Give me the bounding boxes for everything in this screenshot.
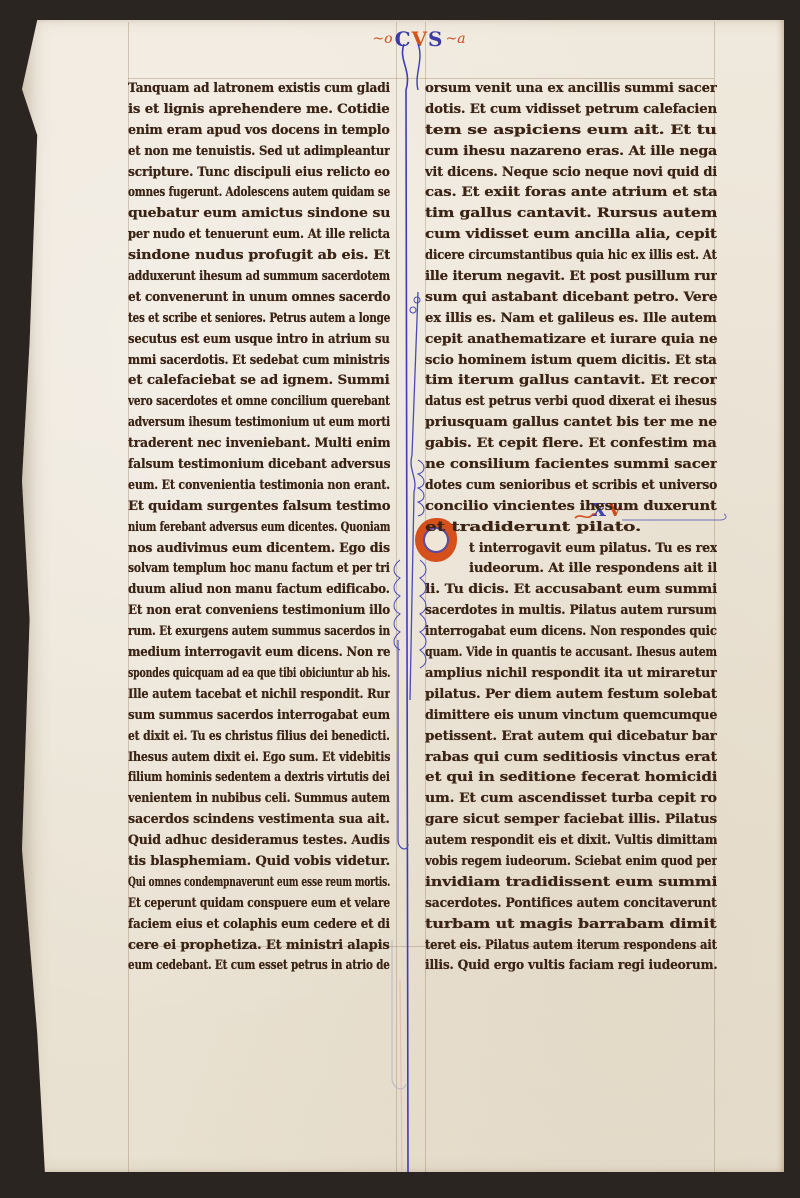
text-line: filium hominis sedentem a dextris virtut… [128, 767, 390, 788]
text-line: rabas qui cum seditiosis vinctus erat [425, 747, 717, 768]
text-line: solvam templum hoc manu factum et per tr… [128, 558, 390, 579]
text-column-right: orsum venit una ex ancillis summi sacer … [425, 78, 717, 976]
text-line: Quid adhuc desideramus testes. Audis [128, 830, 390, 851]
running-head-letter-v: V [412, 27, 429, 51]
text-line: spondes quicquam ad ea que tibi obiciunt… [128, 663, 390, 684]
text-line: cas. Et exiit foras ante atrium et sta [425, 182, 717, 203]
text-line: venientem in nubibus celi. Summus autem [128, 788, 390, 809]
text-line: cere ei prophetiza. Et ministri alapis [128, 935, 390, 956]
text-line: medium interrogavit eum dicens. Non re [128, 642, 390, 663]
text-line: Et ceperunt quidam conspuere eum et vela… [128, 893, 390, 914]
text-line: cum ihesu nazareno eras. At ille nega [425, 141, 717, 162]
text-line: li. Tu dicis. Et accusabant eum summi [425, 579, 717, 600]
running-head-letter-s: S [428, 27, 443, 51]
text-line: eum. Et convenientia testimonia non eran… [128, 475, 390, 496]
text-line: dimittere eis unum vinctum quemcumque [425, 705, 717, 726]
text-line: is et lignis aprehendere me. Cotidie [128, 99, 390, 120]
running-head: ~o CVS ~a [364, 24, 474, 54]
text-line: turbam ut magis barrabam dimit [425, 914, 717, 935]
text-line: et tradiderunt pilato. [425, 517, 717, 538]
text-line: interrogabat eum dicens. Non respondes q… [425, 621, 717, 642]
text-line: ille iterum negavit. Et post pusillum ru… [425, 266, 717, 287]
text-line: teret eis. Pilatus autem iterum responde… [425, 935, 717, 956]
text-line: ne consilium facientes summi sacer [425, 454, 717, 475]
text-line: secutus est eum usque intro in atrium su [128, 329, 390, 350]
text-line: iudeorum. At ille respondens ait il [425, 558, 717, 579]
text-line: sum qui astabant dicebant petro. Vere [425, 287, 717, 308]
text-line: sacerdotes. Pontifices autem concitaveru… [425, 893, 717, 914]
ruling-line-left-inner [396, 22, 397, 1172]
text-line: per nudo et tenuerunt eum. At ille relic… [128, 224, 390, 245]
text-line: gabis. Et cepit flere. Et confestim ma [425, 433, 717, 454]
text-line: vit dicens. Neque scio neque novi quid d… [425, 162, 717, 183]
text-line: quam. Vide in quantis te accusant. Ihesu… [425, 642, 717, 663]
text-line: enim eram apud vos docens in templo [128, 120, 390, 141]
text-line: tim iterum gallus cantavit. Et recor [425, 370, 717, 391]
text-line: vobis regem iudeorum. Sciebat enim quod … [425, 851, 717, 872]
text-line: et convenerunt in unum omnes sacerdo [128, 287, 390, 308]
text-line: Ihesus autem dixit ei. Ego sum. Et videb… [128, 747, 390, 768]
text-line: amplius nichil respondit ita ut miraretu… [425, 663, 717, 684]
text-line: gare sicut semper faciebat illis. Pilatu… [425, 809, 717, 830]
text-line: dotis. Et cum vidisset petrum calefacien [425, 99, 717, 120]
text-line: et qui in seditione fecerat homicidi [425, 767, 717, 788]
text-line: petissent. Erat autem qui dicebatur bar [425, 726, 717, 747]
text-line: sindone nudus profugit ab eis. Et [128, 245, 390, 266]
text-line: et dixit ei. Tu es christus filius dei b… [128, 726, 390, 747]
text-line: Tanquam ad latronem existis cum gladi [128, 78, 390, 99]
text-line: Et quidam surgentes falsum testimo [128, 496, 390, 517]
text-line: Et non erat conveniens testimonium illo [128, 600, 390, 621]
text-line: et non me tenuistis. Sed ut adimpleantur [128, 141, 390, 162]
running-head-letter-c: C [395, 27, 412, 51]
text-line: Qui omnes condempnaverunt eum esse reum … [128, 872, 390, 893]
running-head-flourish-left: ~o [372, 31, 392, 47]
text-line: sacerdotes in multis. Pilatus autem rurs… [425, 600, 717, 621]
text-column-left: Tanquam ad latronem existis cum gladi is… [128, 78, 390, 976]
text-line: datus est petrus verbi quod dixerat ei i… [425, 391, 717, 412]
text-line: concilio vincientes ihesum duxerunt [425, 496, 717, 517]
text-line: scripture. Tunc discipuli eius relicto e… [128, 162, 390, 183]
text-line: nos audivimus eum dicentem. Ego dis [128, 538, 390, 559]
text-line: scio hominem istum quem dicitis. Et sta [425, 350, 717, 371]
text-line: dotes cum senioribus et scribis et unive… [425, 475, 717, 496]
text-line: mmi sacerdotis. Et sedebat cum ministris [128, 350, 390, 371]
text-line: Ille autem tacebat et nichil respondit. … [128, 684, 390, 705]
text-line: cepit anathematizare et iurare quia ne [425, 329, 717, 350]
text-line: ex illis es. Nam et galileus es. Ille au… [425, 308, 717, 329]
text-line: cum vidisset eum ancilla alia, cepit [425, 224, 717, 245]
text-line: vero sacerdotes et omne concilium quereb… [128, 391, 390, 412]
text-line: omnes fugerunt. Adolescens autem quidam … [128, 182, 390, 203]
text-line: tes et scribe et seniores. Petrus autem … [128, 308, 390, 329]
text-line: tis blasphemiam. Quid vobis videtur. [128, 851, 390, 872]
text-line: um. Et cum ascendisset turba cepit ro [425, 788, 717, 809]
text-line: sum summus sacerdos interrogabat eum [128, 705, 390, 726]
text-line: sacerdos scindens vestimenta sua ait. [128, 809, 390, 830]
text-line: pilatus. Per diem autem festum solebat [425, 684, 717, 705]
text-line: traderent nec inveniebant. Multi enim [128, 433, 390, 454]
text-line: illis. Quid ergo vultis faciam regi iude… [425, 955, 717, 976]
text-line: duum aliud non manu factum edificabo. [128, 579, 390, 600]
text-line: priusquam gallus cantet bis ter me ne [425, 412, 717, 433]
text-line: et calefaciebat se ad ignem. Summi [128, 370, 390, 391]
text-line: autem respondit eis et dixit. Vultis dim… [425, 830, 717, 851]
running-head-flourish-right: ~a [446, 31, 466, 47]
text-line: t interrogavit eum pilatus. Tu es rex [425, 538, 717, 559]
text-line: tem se aspiciens eum ait. Et tu [425, 120, 717, 141]
text-line: tim gallus cantavit. Rursus autem [425, 203, 717, 224]
text-line: eum cedebant. Et cum esset petrus in atr… [128, 955, 390, 976]
text-line: adduxerunt ihesum ad summum sacerdotem [128, 266, 390, 287]
text-line: adversum ihesum testimonium ut eum morti [128, 412, 390, 433]
text-line: invidiam tradidissent eum summi [425, 872, 717, 893]
text-line: dicere circumstantibus quia hic ex illis… [425, 245, 717, 266]
text-line: faciem eius et colaphis eum cedere et di [128, 914, 390, 935]
text-line: rum. Et exurgens autem summus sacerdos i… [128, 621, 390, 642]
text-line: falsum testimonium dicebant adversus [128, 454, 390, 475]
text-line: nium ferebant adversus eum dicentes. Quo… [128, 517, 390, 538]
text-line: orsum venit una ex ancillis summi sacer [425, 78, 717, 99]
text-line: quebatur eum amictus sindone su [128, 203, 390, 224]
